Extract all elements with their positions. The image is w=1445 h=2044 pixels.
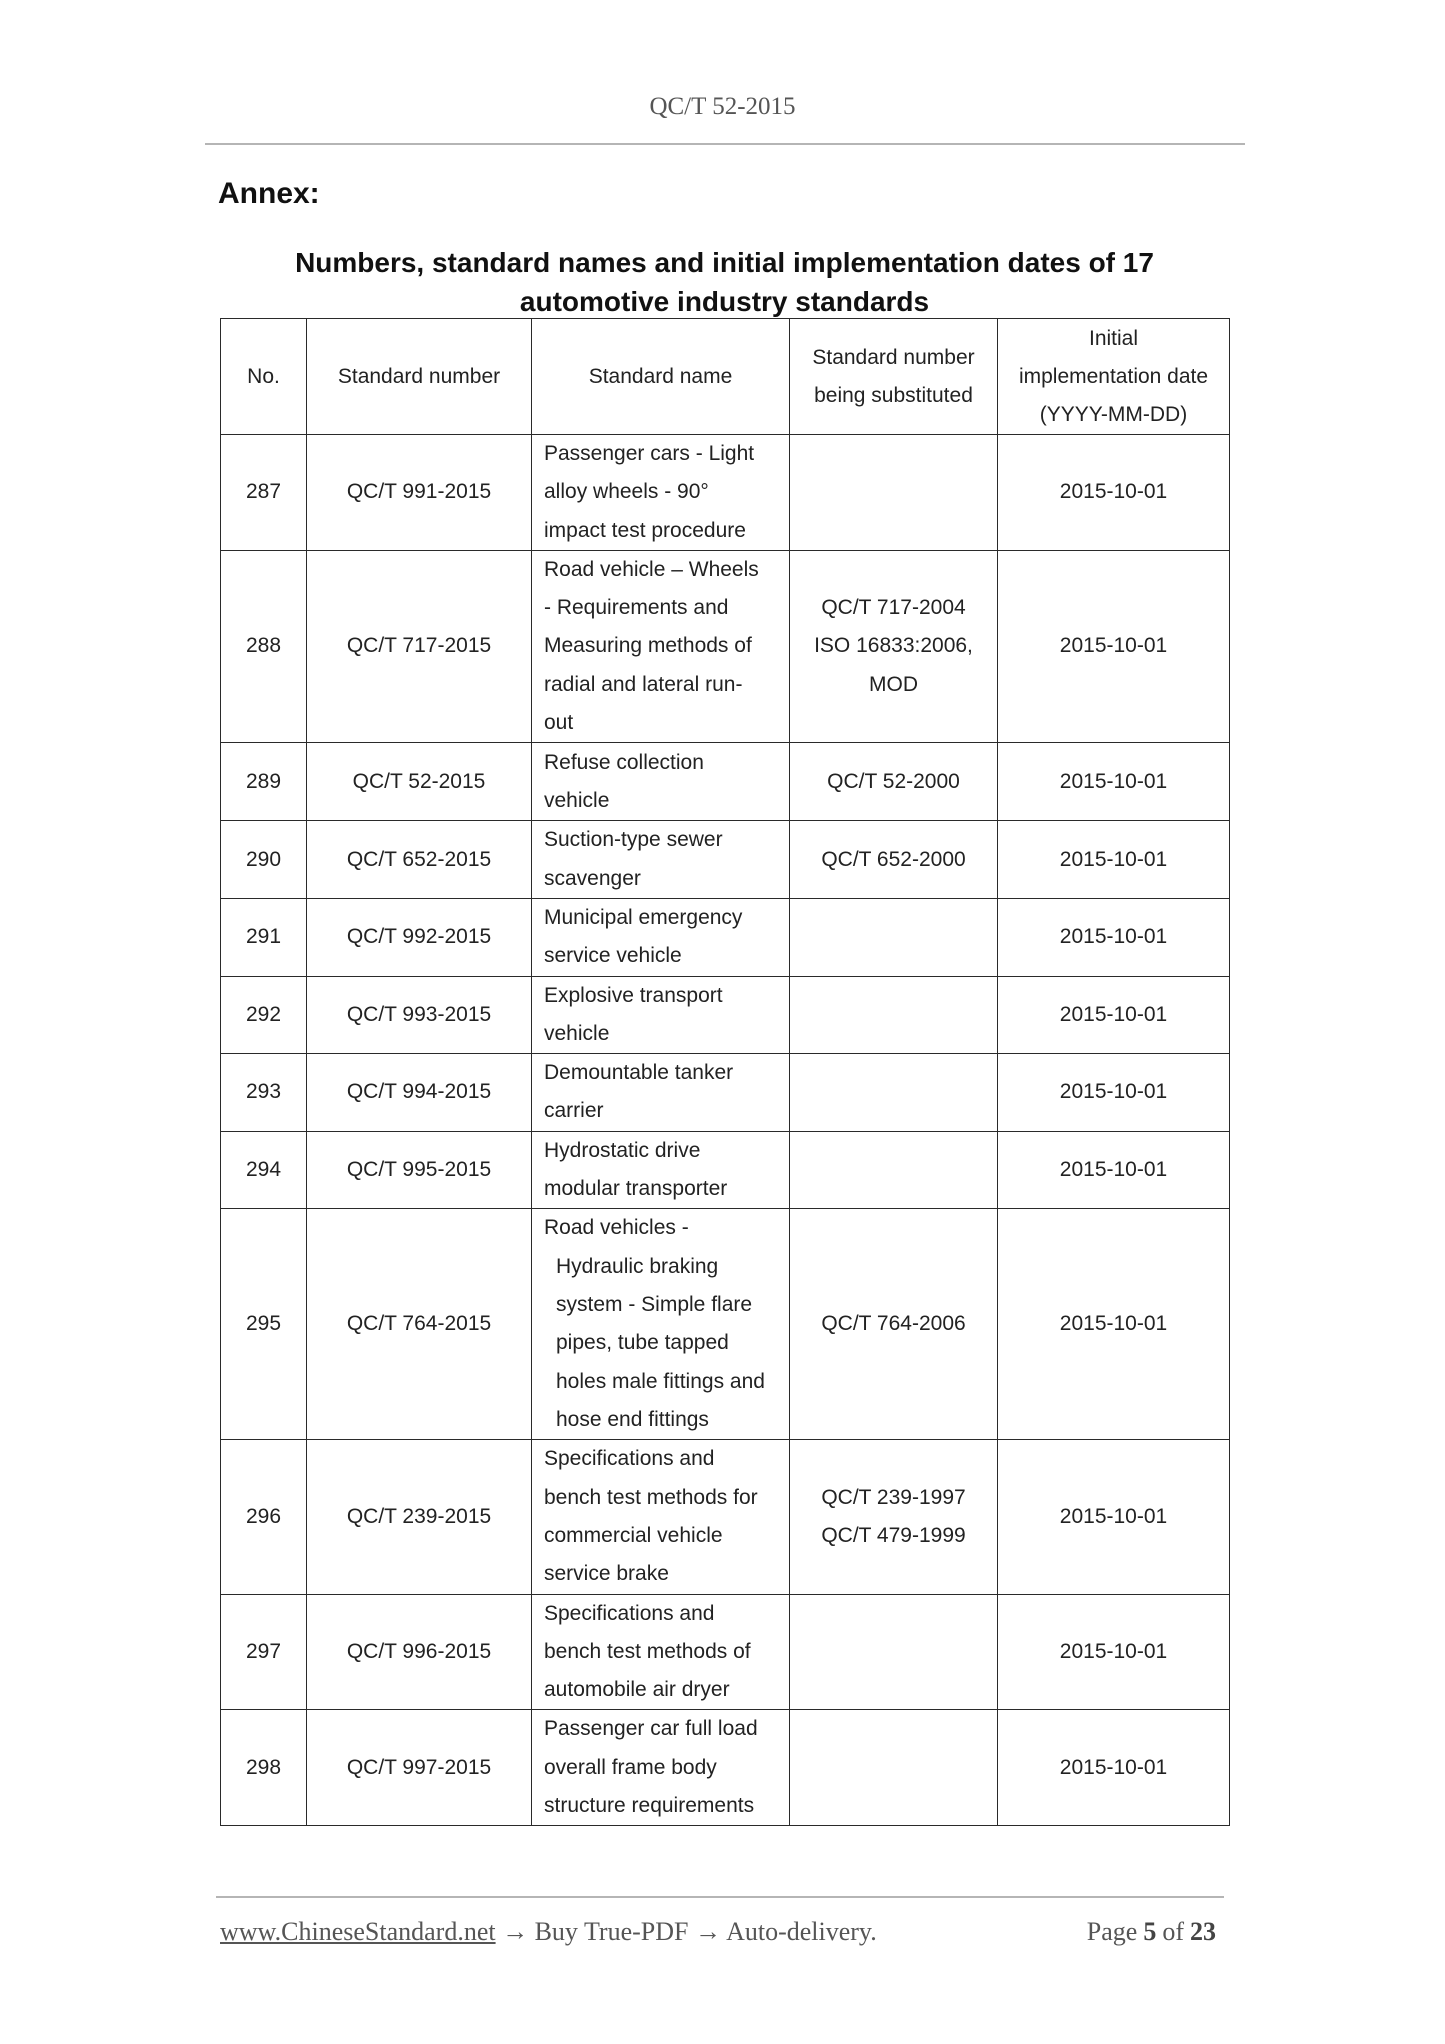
cell-standard-name: Specifications andbench test methods ofa… — [532, 1594, 790, 1710]
table-row: 289QC/T 52-2015Refuse collectionvehicleQ… — [221, 743, 1230, 821]
cell-standard-number: QC/T 991-2015 — [307, 435, 532, 551]
cell-no: 292 — [221, 976, 307, 1054]
cell-implementation-date: 2015-10-01 — [998, 976, 1230, 1054]
cell-no: 291 — [221, 898, 307, 976]
col-header-implementation-date: Initialimplementation date(YYYY-MM-DD) — [998, 319, 1230, 435]
table-row: 292QC/T 993-2015Explosive transportvehic… — [221, 976, 1230, 1054]
cell-standard-number: QC/T 993-2015 — [307, 976, 532, 1054]
cell-substituted: QC/T 764-2006 — [790, 1209, 998, 1440]
cell-standard-number: QC/T 996-2015 — [307, 1594, 532, 1710]
footer-promo: www.ChineseStandard.net → Buy True-PDF →… — [220, 1917, 877, 1947]
table-row: 298QC/T 997-2015Passenger car full loado… — [221, 1710, 1230, 1826]
cell-standard-name: Passenger car full loadoverall frame bod… — [532, 1710, 790, 1826]
cell-standard-number: QC/T 717-2015 — [307, 550, 532, 742]
arrow-right-icon: → — [502, 1917, 528, 1946]
standards-table: No. Standard number Standard name Standa… — [220, 318, 1230, 1826]
footer-divider — [216, 1896, 1224, 1898]
cell-substituted: QC/T 652-2000 — [790, 821, 998, 899]
cell-substituted — [790, 1054, 998, 1132]
cell-substituted: QC/T 52-2000 — [790, 743, 998, 821]
cell-standard-name: Hydrostatic drivemodular transporter — [532, 1131, 790, 1209]
cell-implementation-date: 2015-10-01 — [998, 1054, 1230, 1132]
cell-standard-name: Passenger cars - Lightalloy wheels - 90°… — [532, 435, 790, 551]
table-row: 297QC/T 996-2015Specifications andbench … — [221, 1594, 1230, 1710]
cell-substituted — [790, 1710, 998, 1826]
table-row: 290QC/T 652-2015Suction-type sewerscaven… — [221, 821, 1230, 899]
cell-implementation-date: 2015-10-01 — [998, 743, 1230, 821]
arrow-right-icon: → — [695, 1917, 721, 1946]
cell-standard-name: Suction-type sewerscavenger — [532, 821, 790, 899]
table-row: 294QC/T 995-2015Hydrostatic drivemodular… — [221, 1131, 1230, 1209]
table-row: 288QC/T 717-2015Road vehicle – Wheels- R… — [221, 550, 1230, 742]
cell-standard-name: Specifications andbench test methods for… — [532, 1440, 790, 1594]
cell-substituted — [790, 1131, 998, 1209]
table-row: 287QC/T 991-2015Passenger cars - Lightal… — [221, 435, 1230, 551]
cell-standard-number: QC/T 52-2015 — [307, 743, 532, 821]
cell-substituted — [790, 1594, 998, 1710]
cell-substituted — [790, 976, 998, 1054]
col-header-standard-name: Standard name — [532, 319, 790, 435]
col-header-no: No. — [221, 319, 307, 435]
cell-standard-name: Municipal emergencyservice vehicle — [532, 898, 790, 976]
page-of: of — [1162, 1917, 1184, 1946]
page-label: Page — [1087, 1917, 1138, 1946]
page-total: 23 — [1190, 1917, 1216, 1946]
cell-no: 293 — [221, 1054, 307, 1132]
table-row: 291QC/T 992-2015Municipal emergencyservi… — [221, 898, 1230, 976]
cell-substituted: QC/T 717-2004ISO 16833:2006,MOD — [790, 550, 998, 742]
footer-step-buy: Buy True-PDF — [535, 1917, 689, 1946]
cell-no: 298 — [221, 1710, 307, 1826]
table-header-row: No. Standard number Standard name Standa… — [221, 319, 1230, 435]
cell-substituted: QC/T 239-1997QC/T 479-1999 — [790, 1440, 998, 1594]
cell-standard-number: QC/T 995-2015 — [307, 1131, 532, 1209]
cell-standard-name: Road vehicles -Hydraulic brakingsystem -… — [532, 1209, 790, 1440]
table-row: 293QC/T 994-2015Demountable tankercarrie… — [221, 1054, 1230, 1132]
cell-implementation-date: 2015-10-01 — [998, 1131, 1230, 1209]
table-title-line-2: automotive industry standards — [220, 282, 1229, 321]
header-divider — [205, 143, 1245, 145]
cell-implementation-date: 2015-10-01 — [998, 821, 1230, 899]
footer-step-delivery: Auto-delivery. — [726, 1917, 877, 1946]
cell-no: 297 — [221, 1594, 307, 1710]
cell-standard-number: QC/T 994-2015 — [307, 1054, 532, 1132]
table-row: 296QC/T 239-2015Specifications andbench … — [221, 1440, 1230, 1594]
cell-implementation-date: 2015-10-01 — [998, 435, 1230, 551]
running-header-doc-code: QC/T 52-2015 — [0, 93, 1445, 121]
cell-implementation-date: 2015-10-01 — [998, 1440, 1230, 1594]
col-header-standard-number: Standard number — [307, 319, 532, 435]
cell-substituted — [790, 435, 998, 551]
cell-standard-number: QC/T 764-2015 — [307, 1209, 532, 1440]
table-title-line-1: Numbers, standard names and initial impl… — [220, 243, 1229, 282]
cell-substituted — [790, 898, 998, 976]
table-title: Numbers, standard names and initial impl… — [220, 243, 1229, 321]
page-current: 5 — [1143, 1917, 1156, 1946]
cell-implementation-date: 2015-10-01 — [998, 550, 1230, 742]
site-link[interactable]: www.ChineseStandard.net — [220, 1917, 496, 1946]
cell-standard-name: Explosive transportvehicle — [532, 976, 790, 1054]
cell-no: 290 — [221, 821, 307, 899]
col-header-substituted: Standard numberbeing substituted — [790, 319, 998, 435]
cell-standard-name: Refuse collectionvehicle — [532, 743, 790, 821]
cell-standard-number: QC/T 992-2015 — [307, 898, 532, 976]
cell-no: 296 — [221, 1440, 307, 1594]
cell-no: 295 — [221, 1209, 307, 1440]
cell-standard-number: QC/T 652-2015 — [307, 821, 532, 899]
cell-implementation-date: 2015-10-01 — [998, 898, 1230, 976]
table-row: 295QC/T 764-2015Road vehicles -Hydraulic… — [221, 1209, 1230, 1440]
cell-standard-number: QC/T 997-2015 — [307, 1710, 532, 1826]
annex-heading: Annex: — [218, 177, 320, 211]
cell-standard-number: QC/T 239-2015 — [307, 1440, 532, 1594]
cell-standard-name: Road vehicle – Wheels- Requirements andM… — [532, 550, 790, 742]
cell-no: 287 — [221, 435, 307, 551]
cell-no: 288 — [221, 550, 307, 742]
cell-standard-name: Demountable tankercarrier — [532, 1054, 790, 1132]
cell-implementation-date: 2015-10-01 — [998, 1209, 1230, 1440]
cell-implementation-date: 2015-10-01 — [998, 1710, 1230, 1826]
cell-no: 294 — [221, 1131, 307, 1209]
page-indicator: Page5of23 — [1087, 1917, 1222, 1947]
cell-no: 289 — [221, 743, 307, 821]
cell-implementation-date: 2015-10-01 — [998, 1594, 1230, 1710]
